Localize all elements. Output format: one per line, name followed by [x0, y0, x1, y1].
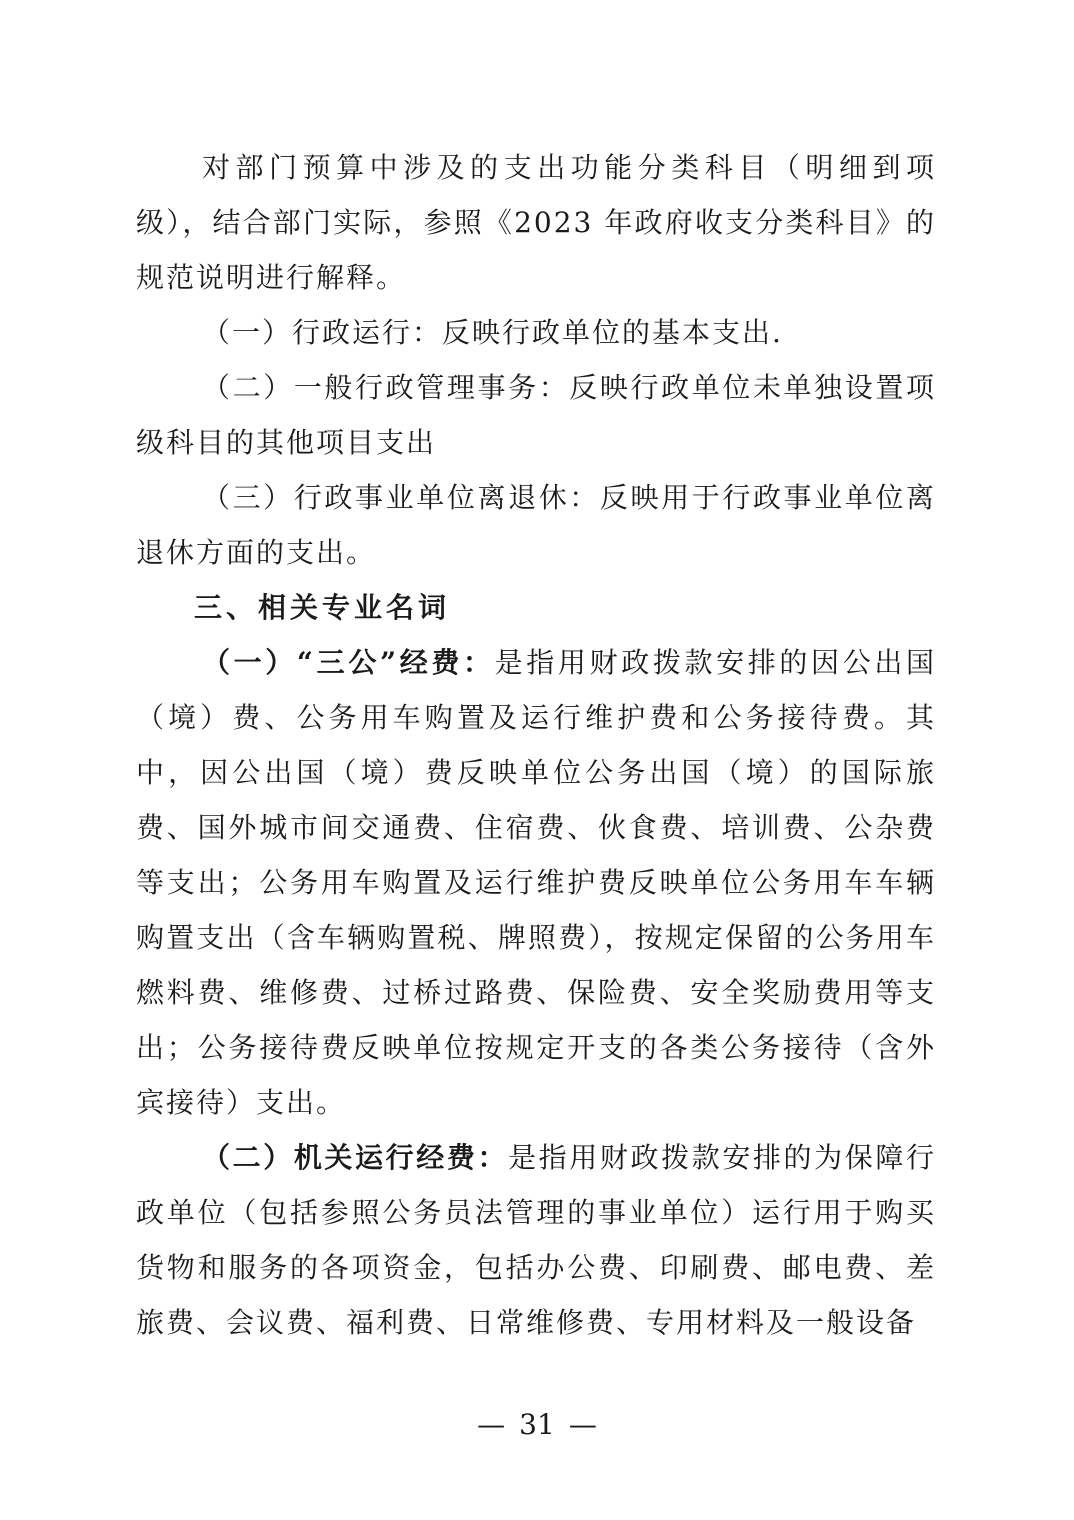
text-run: （二）一般行政管理事务：反映行政单位未单独设置项级科目的其他项目支出 [136, 371, 936, 459]
document-page: 对部门预算中涉及的支出功能分类科目（明细到项级），结合部门实际，参照《2023 … [0, 0, 1074, 1520]
page-footer: — 31 — [0, 1408, 1074, 1441]
text-run: 是指用财政拨款安排的因公出国（境）费、公务用车购置及运行维护费和公务接待费。其中… [136, 646, 936, 1119]
footer-dash-right: — [569, 1408, 597, 1441]
text-run: （三）行政事业单位离退休：反映用于行政事业单位离退休方面的支出。 [136, 481, 936, 569]
text-run: 对部门预算中涉及的支出功能分类科目（明细到项级），结合部门实际，参照《2023 … [136, 151, 936, 294]
bold-text-run: （二）机关运行经费： [202, 1141, 508, 1174]
paragraph: 对部门预算中涉及的支出功能分类科目（明细到项级），结合部门实际，参照《2023 … [136, 140, 936, 305]
document-body: 对部门预算中涉及的支出功能分类科目（明细到项级），结合部门实际，参照《2023 … [136, 140, 936, 1350]
text-run: （一）行政运行：反映行政单位的基本支出. [202, 316, 783, 349]
bold-text-run: （一）“三公”经费： [202, 646, 495, 679]
paragraph: （二）一般行政管理事务：反映行政单位未单独设置项级科目的其他项目支出 [136, 360, 936, 470]
section-heading: 三、相关专业名词 [136, 580, 936, 635]
footer-dash-left: — [477, 1408, 505, 1441]
bold-text-run: 三、相关专业名词 [194, 591, 450, 624]
paragraph: （一）行政运行：反映行政单位的基本支出. [136, 305, 936, 360]
paragraph: （二）机关运行经费：是指用财政拨款安排的为保障行政单位（包括参照公务员法管理的事… [136, 1130, 936, 1350]
paragraph: （三）行政事业单位离退休：反映用于行政事业单位离退休方面的支出。 [136, 470, 936, 580]
paragraph: （一）“三公”经费：是指用财政拨款安排的因公出国（境）费、公务用车购置及运行维护… [136, 635, 936, 1130]
page-number: 31 [519, 1408, 555, 1441]
